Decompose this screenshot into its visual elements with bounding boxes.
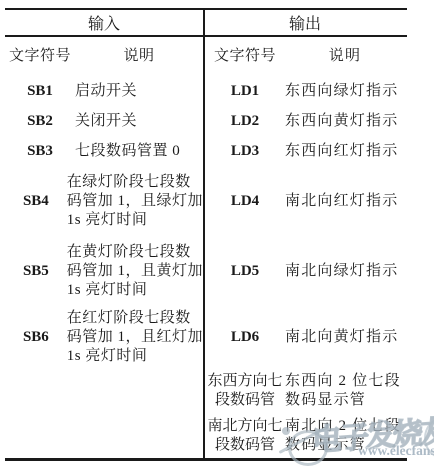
cell-symbol: SB3 <box>5 142 75 161</box>
cell-description: 七段数码管置 0 <box>75 142 203 161</box>
document-page: 输入 输出 文字符号 说明 文字符号 说明 SB1 启动开关 LD1 东西向绿灯… <box>0 0 434 471</box>
table-row: SB4 在绿灯阶段七段数 码管加 1，且绿灯加 1s 亮灯时间 LD4 南北向红… <box>5 166 407 236</box>
cell-symbol: SB1 <box>5 82 75 101</box>
cell-symbol: SB5 <box>5 262 67 281</box>
cell-symbol: 南北方向七 段数码管 <box>205 417 285 455</box>
table-row: SB3 七段数码管置 0 LD3 东西向红灯指示 <box>5 136 407 166</box>
cell-symbol: LD4 <box>205 192 285 211</box>
table-row: 南北方向七 段数码管 南北向 2 位七段 数码显示管 <box>5 414 407 458</box>
output-symbol-header: 文字符号 <box>205 47 285 66</box>
cell-symbol: 东西方向七 段数码管 <box>205 372 285 410</box>
cell-description: 南北向 2 位七段 数码显示管 <box>285 417 405 455</box>
cell-symbol: LD6 <box>205 328 285 347</box>
table-subheader-row: 文字符号 说明 文字符号 说明 <box>5 37 407 76</box>
input-symbol-header: 文字符号 <box>5 47 75 66</box>
input-column-title: 输入 <box>5 10 205 35</box>
cell-symbol: LD1 <box>205 82 285 101</box>
cell-symbol: SB2 <box>5 112 75 131</box>
cell-description: 南北向绿灯指示 <box>285 262 405 281</box>
output-column-title: 输出 <box>205 10 405 35</box>
table-row: SB6 在红灯阶段七段数 码管加 1，且红灯加 1s 亮灯时间 LD6 南北向黄… <box>5 306 407 368</box>
output-desc-header: 说明 <box>285 47 405 66</box>
table-row: SB2 关闭开关 LD2 东西向黄灯指示 <box>5 106 407 136</box>
cell-description: 东西向 2 位七段 数码显示管 <box>285 372 405 410</box>
cell-description: 南北向黄灯指示 <box>285 328 405 347</box>
cell-description: 东西向绿灯指示 <box>285 82 405 101</box>
cell-description: 启动开关 <box>75 82 203 101</box>
input-desc-header: 说明 <box>75 47 203 66</box>
cell-description: 在绿灯阶段七段数 码管加 1，且绿灯加 1s 亮灯时间 <box>67 173 203 230</box>
cell-symbol: LD5 <box>205 262 285 281</box>
table-title-row: 输入 输出 <box>5 10 407 37</box>
cell-symbol: SB6 <box>5 328 67 347</box>
cell-symbol: LD3 <box>205 142 285 161</box>
cell-description: 南北向红灯指示 <box>285 192 405 211</box>
cell-description: 关闭开关 <box>75 112 203 131</box>
watermark-edge-circle-icon <box>424 418 434 458</box>
cell-description: 在黄灯阶段七段数 码管加 1，且黄灯加 1s 亮灯时间 <box>67 243 203 300</box>
cell-description: 东西向红灯指示 <box>285 142 405 161</box>
table-row: SB5 在黄灯阶段七段数 码管加 1，且黄灯加 1s 亮灯时间 LD5 南北向绿… <box>5 236 407 306</box>
signal-io-table: 输入 输出 文字符号 说明 文字符号 说明 SB1 启动开关 LD1 东西向绿灯… <box>5 8 407 461</box>
cell-description: 在红灯阶段七段数 码管加 1，且红灯加 1s 亮灯时间 <box>67 309 203 366</box>
cell-description: 东西向黄灯指示 <box>285 112 405 131</box>
table-row: SB1 启动开关 LD1 东西向绿灯指示 <box>5 76 407 106</box>
cell-symbol: LD2 <box>205 112 285 131</box>
table-row: 东西方向七 段数码管 东西向 2 位七段 数码显示管 <box>5 368 407 414</box>
cell-symbol: SB4 <box>5 192 67 211</box>
